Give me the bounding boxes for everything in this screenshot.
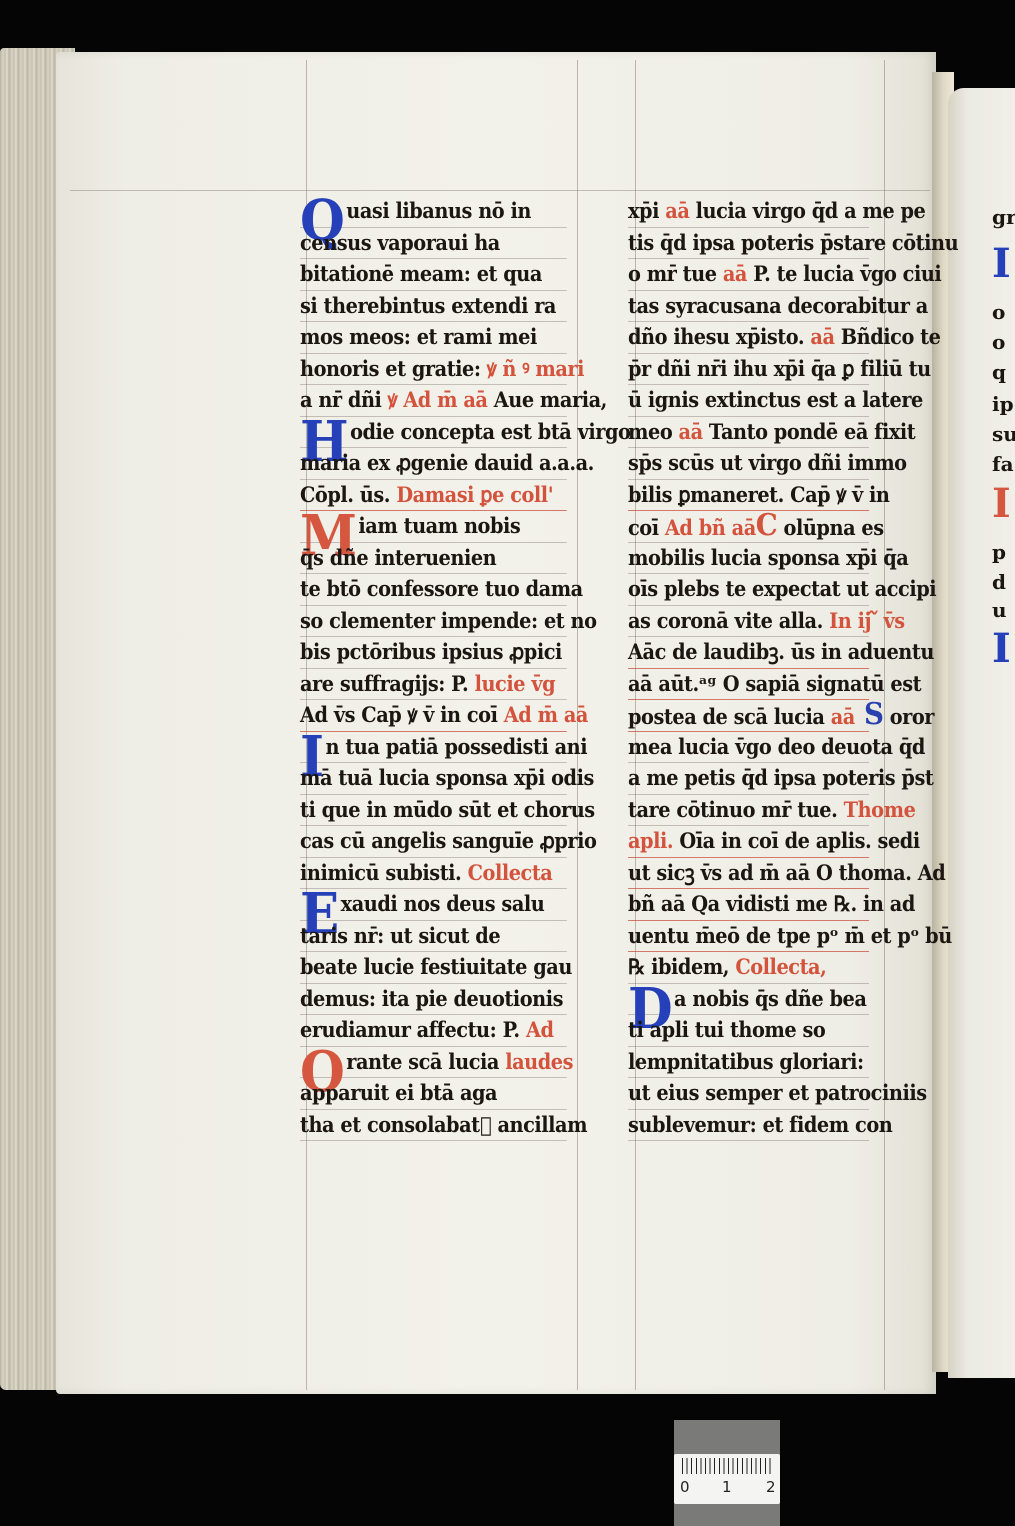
rubric-text: Ad bñ aā <box>665 515 756 540</box>
rubric-text: Collecta, <box>735 954 826 979</box>
script-text: ut sicꝫ v̄s ad m̄ aā O thoma. Ad <box>628 860 945 885</box>
script-text: coī <box>628 515 659 540</box>
script-text: bilis ꝑmaneret. Cap̄ ꝟ v̄ in <box>628 482 889 507</box>
rubric-text: aā <box>810 324 834 349</box>
facing-page-letter: fa <box>992 452 1014 476</box>
text-line: ti apli tui thome so <box>628 1015 869 1047</box>
rubric-text: aā <box>723 261 747 286</box>
text-line: tare cōtinuo mr̄ tue. Thome <box>628 795 869 827</box>
initial-letter: M <box>300 511 357 541</box>
rubric-text: aā <box>831 704 855 729</box>
script-text: Oīa in coī de aplis. sedi <box>679 828 919 853</box>
script-text: aā aūt.ᵃᵍ O sapiā signatū est <box>628 671 921 696</box>
scale-ruler: 0 1 2 <box>674 1454 780 1504</box>
rubric-text: lucie v̄g <box>475 671 556 696</box>
script-text: bitationē meam: et qua <box>300 261 542 286</box>
text-line: maria ex ꝓgenie dauid a.a.a. <box>300 448 567 480</box>
scale-label-2: 2 <box>766 1478 776 1496</box>
rubric-text: ꝟ ñ ꝰ mari <box>487 356 584 381</box>
facing-page-letter: d <box>992 570 1006 594</box>
text-line: honoris et gratie: ꝟ ñ ꝰ mari <box>300 354 567 386</box>
text-line: xp̄i aā lucia virgo q̄d a me pe <box>628 196 869 228</box>
script-text: ti que in mūdo sūt et chorus <box>300 797 595 822</box>
rubric-text: Collecta <box>468 860 553 885</box>
text-line: Ad v̄s Cap̄ ꝟ v̄ in coī Ad m̄ aā <box>300 700 567 732</box>
facing-page-letter: su <box>992 422 1015 446</box>
text-line: a me petis q̄d ipsa poteris p̄st <box>628 763 869 795</box>
text-line: meo aā Tanto pondē eā fixit <box>628 417 869 449</box>
script-text: mobilis lucia sponsa xp̄i q̄a <box>628 545 908 570</box>
script-text: bñ aā Qa vidisti me ℞. in ad <box>628 891 915 916</box>
text-line: so clementer impende: et no <box>300 606 567 638</box>
ruler-ticks <box>682 1458 774 1474</box>
text-line: uentu m̄eō de tpe pᵒ m̄ et pᵒ bū <box>628 921 869 953</box>
text-line: Da nobis q̄s dñe bea <box>628 984 869 1016</box>
script-text: lempnitatibus gloriari: <box>628 1049 864 1074</box>
text-line: ū ignis extinctus est a latere <box>628 385 869 417</box>
text-line: aā aūt.ᵃᵍ O sapiā signatū est <box>628 669 869 701</box>
initial-letter: E <box>300 889 339 919</box>
text-line: p̄r dñi nr̄i ihu xp̄i q̄a ꝑ filiū tu <box>628 354 869 386</box>
rubric-text: Ad m̄ aā <box>403 387 487 412</box>
facing-page-letter: p <box>992 540 1006 564</box>
text-line: o mr̄ tue aā P. te lucia v̄go ciui <box>628 259 869 291</box>
text-line: apli. Oīa in coī de aplis. sedi <box>628 826 869 858</box>
ruling-line <box>70 190 930 191</box>
text-line: postea de scā lucia aā S oror <box>628 700 869 732</box>
text-line: q̄s dñe interuenien <box>300 543 567 575</box>
text-line: mobilis lucia sponsa xp̄i q̄a <box>628 543 869 575</box>
script-text: iam tuam nobis <box>358 513 520 538</box>
text-line: tas syracusana decorabitur a <box>628 291 869 323</box>
script-text: a nobis q̄s dñe bea <box>674 986 866 1011</box>
facing-page-letter: ip <box>992 392 1014 416</box>
text-line: bñ aā Qa vidisti me ℞. in ad <box>628 889 869 921</box>
initial-letter: Q <box>300 196 344 226</box>
text-line: Miam tuam nobis <box>300 511 567 543</box>
script-text: n tua patiā possedisti ani <box>325 734 587 759</box>
initial-letter: O <box>300 1047 344 1077</box>
script-text: dño ihesu xp̄isto. <box>628 324 804 349</box>
text-line: mea lucia v̄go deo deuota q̄d <box>628 732 869 764</box>
facing-page-letter: I <box>992 240 1011 287</box>
initial-letter: D <box>628 984 672 1014</box>
text-line: Exaudi nos deus salu <box>300 889 567 921</box>
facing-page-letter: u <box>992 598 1007 622</box>
scale-bar: 0 1 2 <box>674 1420 780 1526</box>
initial-letter: H <box>300 417 348 447</box>
text-line: coī Ad bñ aāC olūpna es <box>628 511 869 543</box>
script-text: te btō confessore tuo dama <box>300 576 583 601</box>
text-line: bis pctōribus ipsius ꝓpici <box>300 637 567 669</box>
script-text: Ad v̄s Cap̄ ꝟ v̄ in coī <box>300 702 497 727</box>
script-text: P. te lucia v̄go ciui <box>753 261 941 286</box>
text-line: tis q̄d ipsa poteris p̄stare cōtinu <box>628 228 869 260</box>
script-text: ti apli tui thome so <box>628 1017 825 1042</box>
script-text: uasi libanus nō in <box>346 198 531 223</box>
text-line: are suffragijs: P. lucie v̄g <box>300 669 567 701</box>
rubric-text: In ij ᷉ v̄s <box>829 608 905 633</box>
facing-page-letter: I <box>992 480 1011 527</box>
text-line: ut eius semper et patrociniis <box>628 1078 869 1110</box>
text-line: cas cū angelis sanguīe ꝓprio <box>300 826 567 858</box>
script-text: Aāc de laudibꝫ. ūs in aduentu <box>628 639 934 664</box>
facing-page-letter: o <box>992 330 1005 354</box>
script-text: mā tuā lucia sponsa xp̄i odis <box>300 765 594 790</box>
script-text: taris nr̄: ut sicut de <box>300 923 500 948</box>
script-text: meo <box>628 419 672 444</box>
text-line: as coronā vite alla. In ij ᷉ v̄s <box>628 606 869 638</box>
text-line: mā tuā lucia sponsa xp̄i odis <box>300 763 567 795</box>
text-line: In tua patiā possedisti ani <box>300 732 567 764</box>
script-text: o mr̄ tue <box>628 261 717 286</box>
text-line: tha et consolabat᷑ ancillam <box>300 1110 567 1142</box>
script-text: are suffragijs: P. <box>300 671 468 696</box>
script-text: rante scā lucia <box>346 1049 499 1074</box>
script-text: tis q̄d ipsa poteris p̄stare cōtinu <box>628 230 958 255</box>
rubric-text: Ad <box>526 1017 554 1042</box>
rubric-text: laudes <box>505 1049 573 1074</box>
script-text: lucia virgo q̄d a me pe <box>696 198 926 223</box>
text-line: ut sicꝫ v̄s ad m̄ aā O thoma. Ad <box>628 858 869 890</box>
text-line: Orante scā lucia laudes <box>300 1047 567 1079</box>
script-text: olūpna es <box>784 515 884 540</box>
script-text: a me petis q̄d ipsa poteris p̄st <box>628 765 933 790</box>
text-line: beate lucie festiuitate gau <box>300 952 567 984</box>
facing-page-letter: gr <box>992 205 1015 229</box>
text-column-right: xp̄i aā lucia virgo q̄d a me petis q̄d i… <box>628 196 890 1141</box>
script-text: q̄s dñe interuenien <box>300 545 496 570</box>
script-text: sp̄s scūs ut virgo dñi immo <box>628 450 907 475</box>
facing-page-letter: I <box>992 625 1011 672</box>
script-text: bis pctōribus ipsius ꝓpici <box>300 639 562 664</box>
text-line: mos meos: et rami mei <box>300 322 567 354</box>
script-text: honoris et gratie: <box>300 356 481 381</box>
script-text: uentu m̄eō de tpe pᵒ m̄ et pᵒ bū <box>628 923 952 948</box>
text-line: taris nr̄: ut sicut de <box>300 921 567 953</box>
text-line: Quasi libanus nō in <box>300 196 567 228</box>
script-text: Tanto pondē eā fixit <box>709 419 915 444</box>
text-line: te btō confessore tuo dama <box>300 574 567 606</box>
script-text: demus: ita pie deuotionis <box>300 986 563 1011</box>
rubric-text: ꝟ <box>388 387 397 412</box>
script-text: tha et consolabat᷑ ancillam <box>300 1112 587 1137</box>
script-text: ū ignis extinctus est a latere <box>628 387 923 412</box>
scale-label-1: 1 <box>722 1478 732 1496</box>
text-line: si therebintus extendi ra <box>300 291 567 323</box>
script-text: postea de scā lucia <box>628 704 824 729</box>
text-line: dño ihesu xp̄isto. aā Bñdico te <box>628 322 869 354</box>
script-text: tare cōtinuo mr̄ tue. <box>628 797 837 822</box>
script-text: so clementer impende: et no <box>300 608 597 633</box>
rubric-text: Thome <box>844 797 916 822</box>
script-text: census vaporaui ha <box>300 230 500 255</box>
script-text: oror <box>890 704 934 729</box>
text-line: Aāc de laudibꝫ. ūs in aduentu <box>628 637 869 669</box>
script-text: Aue maria, <box>494 387 607 412</box>
initial-letter: C <box>756 508 778 543</box>
script-text: odie concepta est btā virgo <box>350 419 630 444</box>
script-text: ut eius semper et patrociniis <box>628 1080 927 1105</box>
text-line: bitationē meam: et qua <box>300 259 567 291</box>
text-line: inimicū subisti. Collecta <box>300 858 567 890</box>
rubric-text: Damasi ꝑe coll' <box>396 482 553 507</box>
rubric-text: Ad m̄ aā <box>504 702 588 727</box>
script-text: sublevemur: et fidem con <box>628 1112 892 1137</box>
script-text: p̄r dñi nr̄i ihu xp̄i q̄a ꝑ filiū tu <box>628 356 931 381</box>
script-text: mea lucia v̄go deo deuota q̄d <box>628 734 925 759</box>
script-text: Bñdico te <box>841 324 941 349</box>
script-text: beate lucie festiuitate gau <box>300 954 572 979</box>
text-line: ti que in mūdo sūt et chorus <box>300 795 567 827</box>
text-line: bilis ꝑmaneret. Cap̄ ꝟ v̄ in <box>628 480 869 512</box>
text-line: lempnitatibus gloriari: <box>628 1047 869 1079</box>
text-line: Hodie concepta est btā virgo <box>300 417 567 449</box>
script-text: si therebintus extendi ra <box>300 293 556 318</box>
script-text: as coronā vite alla. <box>628 608 823 633</box>
text-line: census vaporaui ha <box>300 228 567 260</box>
rubric-text: aā <box>679 419 703 444</box>
script-text: xp̄i <box>628 198 659 223</box>
facing-page-letter: o <box>992 300 1005 324</box>
rubric-text: apli. <box>628 828 673 853</box>
text-column-left: Quasi libanus nō incensus vaporaui habit… <box>300 196 590 1141</box>
text-line: oīs plebs te expectat ut accipi <box>628 574 869 606</box>
rubric-text: aā <box>665 198 689 223</box>
initial-letter: S <box>855 697 884 732</box>
facing-page-letter: q <box>992 360 1006 384</box>
script-text: apparuit ei btā aga <box>300 1080 497 1105</box>
script-text: cas cū angelis sanguīe ꝓprio <box>300 828 596 853</box>
script-text: xaudi nos deus salu <box>341 891 545 916</box>
text-line: sublevemur: et fidem con <box>628 1110 869 1142</box>
script-text: oīs plebs te expectat ut accipi <box>628 576 936 601</box>
text-line: sp̄s scūs ut virgo dñi immo <box>628 448 869 480</box>
script-text: mos meos: et rami mei <box>300 324 537 349</box>
initial-letter: I <box>300 732 324 762</box>
script-text: maria ex ꝓgenie dauid a.a.a. <box>300 450 594 475</box>
text-line: apparuit ei btā aga <box>300 1078 567 1110</box>
scale-label-0: 0 <box>680 1478 690 1496</box>
script-text: tas syracusana decorabitur a <box>628 293 928 318</box>
text-line: demus: ita pie deuotionis <box>300 984 567 1016</box>
